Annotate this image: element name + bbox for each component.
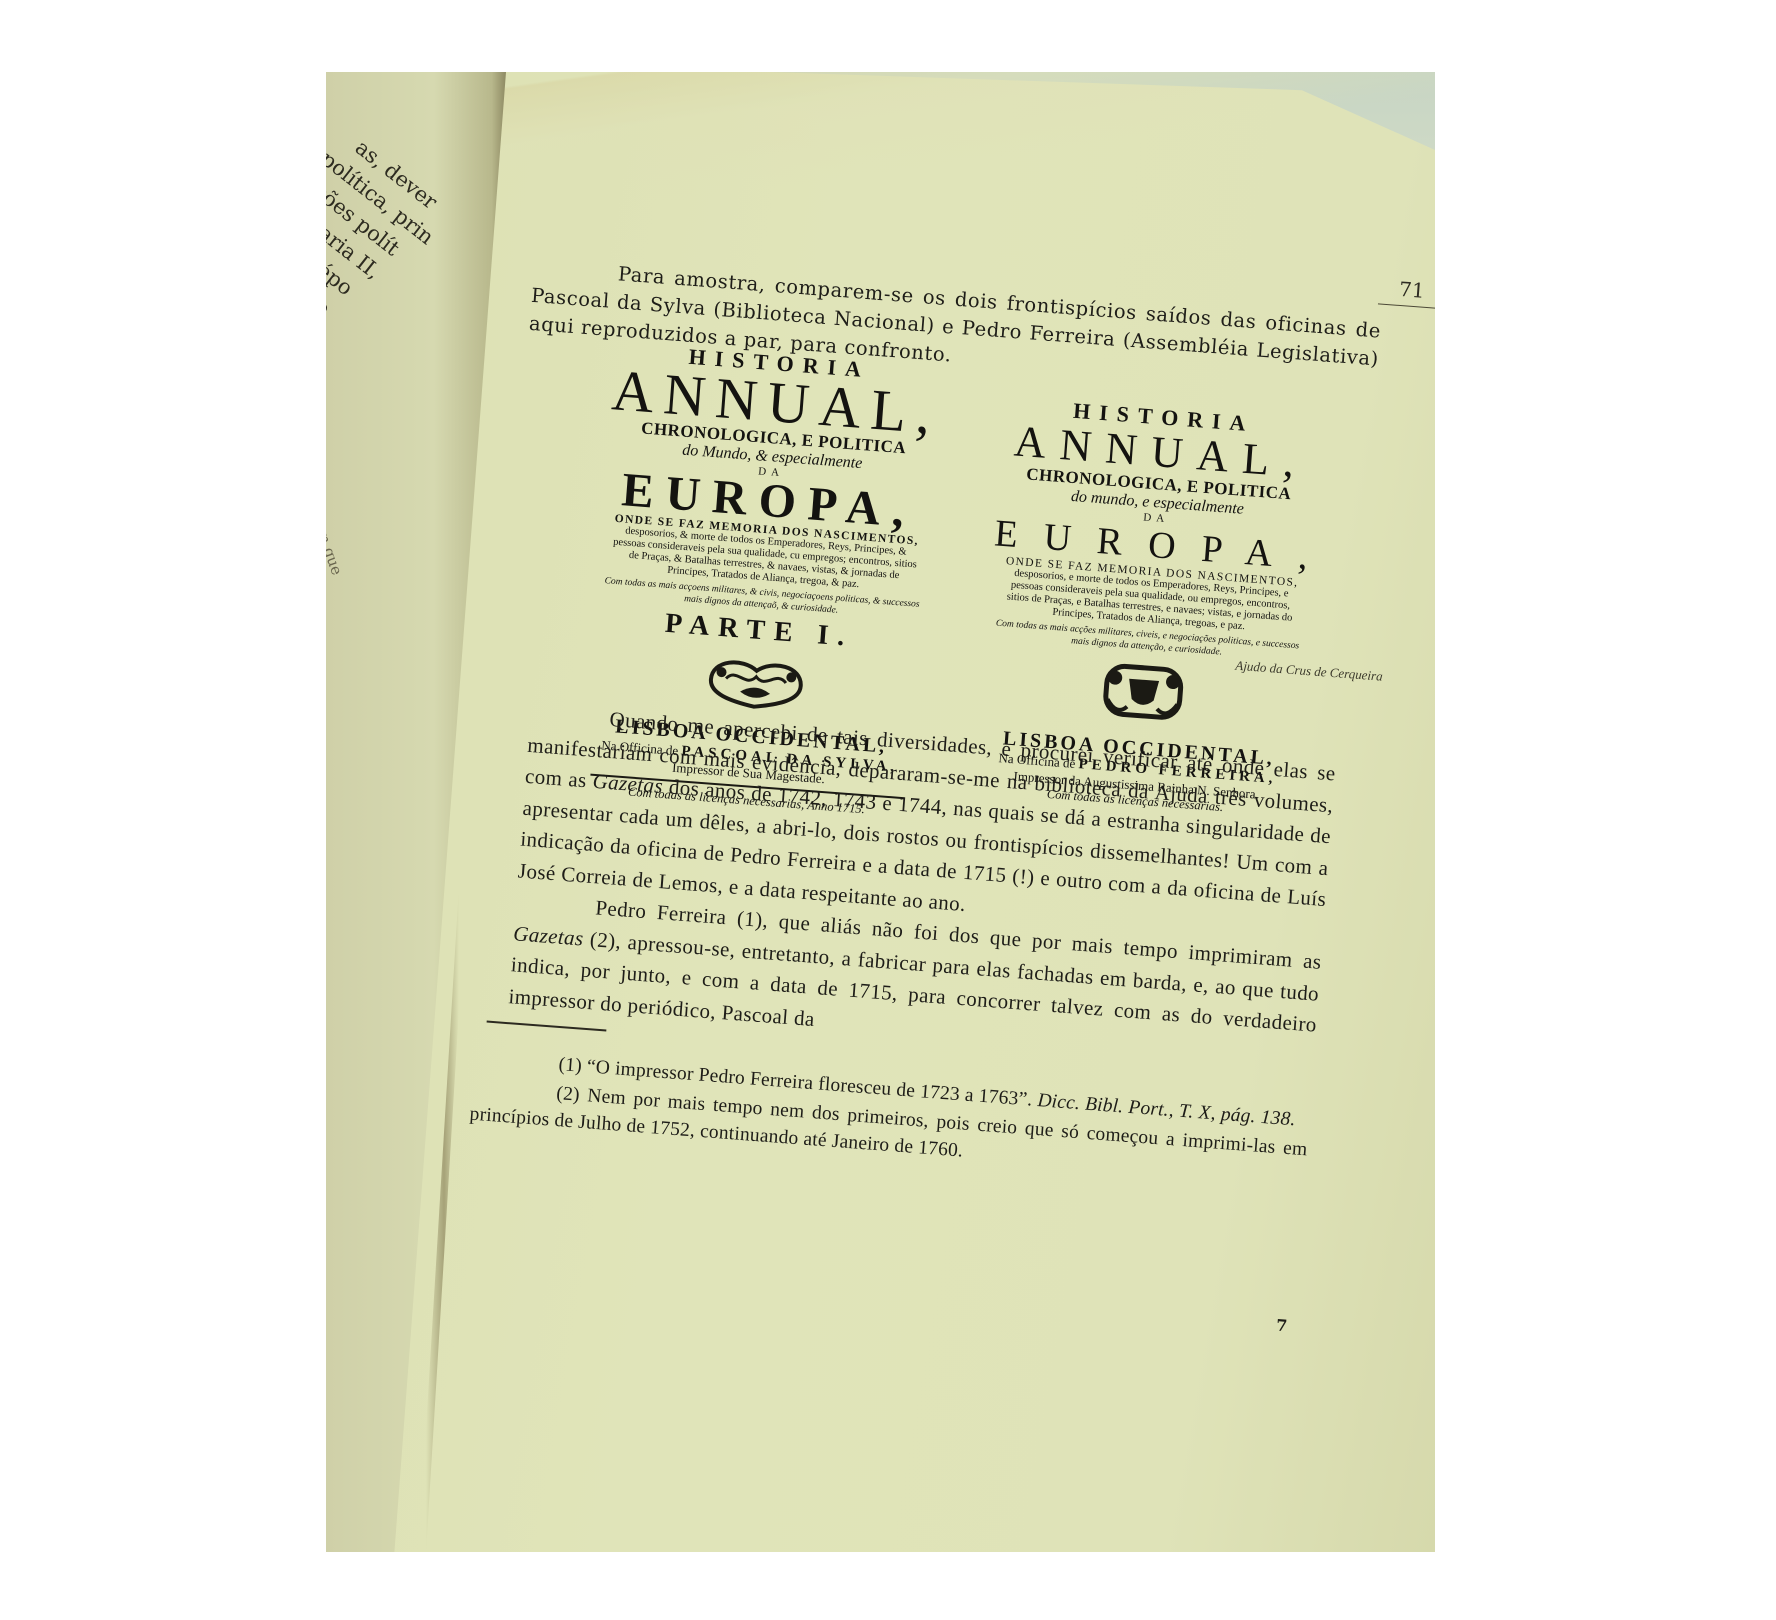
- page-number: 71: [1398, 277, 1425, 303]
- coat-of-arms-ornament-icon: [1086, 655, 1200, 727]
- footnote-separator: [487, 1021, 607, 1031]
- right-page: 71 Para amostra, comparem-se os dois fro…: [439, 232, 1435, 1552]
- book-photo: as, dever política, prin agitações polít…: [326, 72, 1435, 1552]
- left-page-fragment: m que: [326, 527, 346, 577]
- handwritten-signature: Ajudo da Crus de Cerqueira: [1235, 658, 1383, 685]
- page-top-edge: [456, 72, 1435, 202]
- signature-mark: 7: [1275, 1316, 1288, 1336]
- printer-ornament-icon: [698, 649, 812, 715]
- body-text: Quando me apercebi de tais diversidades,…: [507, 698, 1336, 1073]
- footnotes: (1) “O impressor Pedro Ferreira floresce…: [469, 1045, 1311, 1193]
- page-number-rule: [1378, 303, 1435, 309]
- left-page-text: as, dever política, prin agitações polít…: [326, 96, 462, 396]
